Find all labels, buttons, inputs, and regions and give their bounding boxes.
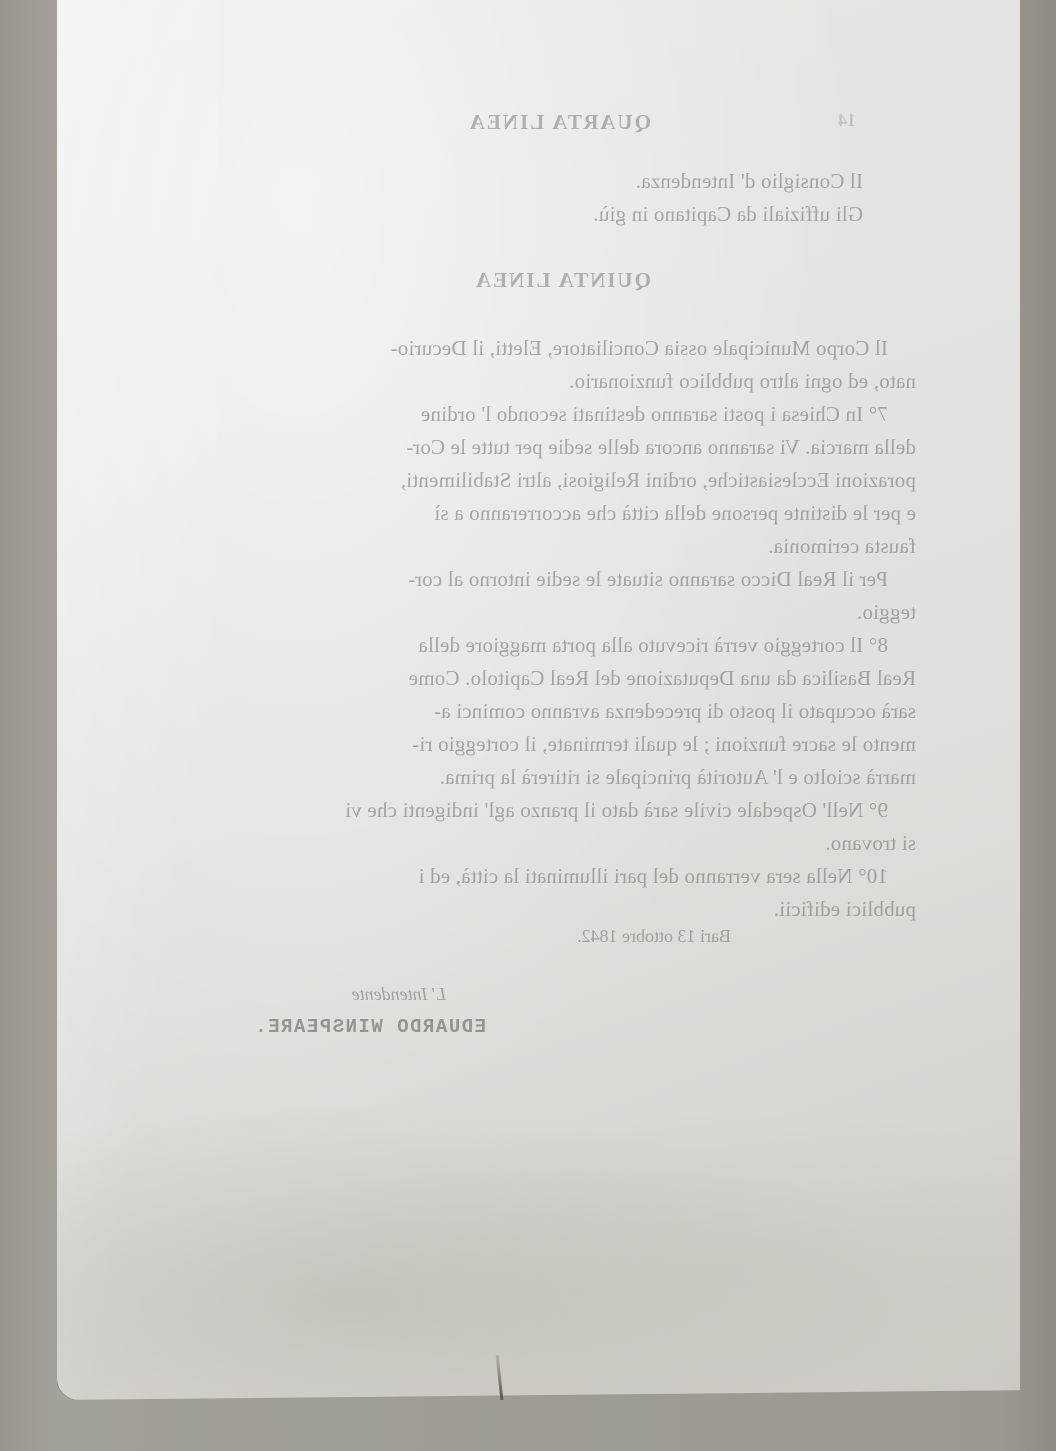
text-line: 8° Il corteggio verrà ricevuto alla port… [216,629,916,662]
section-heading-quarta-linea: QUARTA LINEA [468,110,651,135]
text-line: Gli uffiziali da Capitano in giù. [593,198,891,231]
text-line: 9° Nell' Ospedale civile sarà dato il pr… [216,794,916,827]
text-line: pubblici edificii. [216,893,916,926]
text-line: e per le distinte persone della città ch… [216,497,916,530]
text-line: mento le sacre funzioni ; le quali termi… [216,728,916,761]
text-line: porazioni Ecclesiastiche, ordini Religio… [216,464,916,497]
text-line: fausta cerimonia. [216,530,916,563]
text-line: 10° Nella sera verranno del pari illumin… [216,860,916,893]
page-number: 14 [838,110,856,131]
text-line: marrà sciolto e l' Autorità principale s… [216,761,916,794]
text-line: Il Consiglio d' Intendenza. [593,165,891,198]
show-through-text-layer: 14 QUARTA LINEA Il Consiglio d' Intenden… [0,0,1056,1451]
signature-title: L' Intendente [352,984,446,1005]
text-line: della marcia. Vi saranno ancora delle se… [216,431,916,464]
date-line: Bari 13 ottobre 1842. [577,926,731,947]
text-line: sarà occupato il posto di precedenza avr… [216,695,916,728]
text-line: 7° In Chiesa i posti saranno destinati s… [216,398,916,431]
section-heading-quinta-linea: QUINTA LINEA [474,268,651,293]
text-line: Il Corpo Municipale ossia Conciliatore, … [216,332,916,365]
section-quinta-lines: Il Corpo Municipale ossia Conciliatore, … [216,332,916,926]
text-line: teggio. [216,596,916,629]
text-line: Real Basilica da una Deputazione del Rea… [216,662,916,695]
section-quarta-lines: Il Consiglio d' Intendenza. Gli uffizial… [593,165,891,231]
text-line: si trovano. [216,827,916,860]
text-line: Per il Real Dicco saranno situate le sed… [216,563,916,596]
signature-name: EDUARDO WINSPEARE. [254,1016,486,1038]
text-line: nato, ed ogni altro pubblico funzionario… [216,365,916,398]
